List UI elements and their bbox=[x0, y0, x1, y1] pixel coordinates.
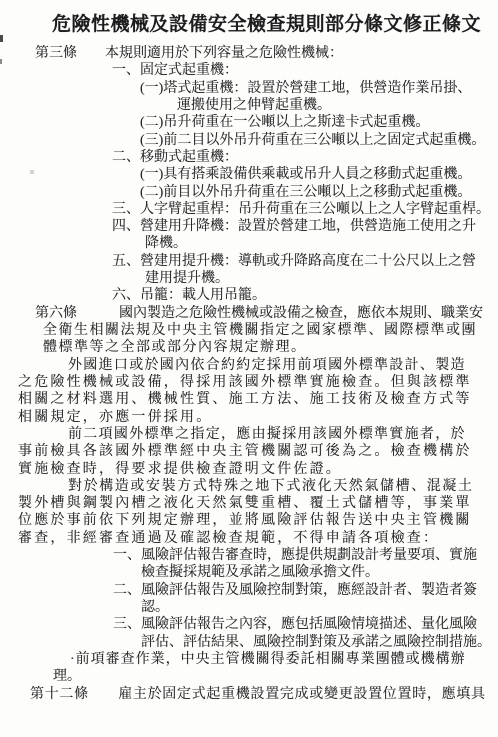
document-body: 第三條 本規則適用於下列容量之危險性機械：一、固定式起重機：(一)塔式起重機：設… bbox=[0, 45, 498, 703]
document-title: 危險性機械及設備安全檢查規則部分條文修正條文 bbox=[52, 11, 498, 39]
text-line: 製外槽與鋼製內槽之液化天然氣雙重槽、覆土式儲槽等，事業單 bbox=[0, 495, 498, 512]
text-line: 全衛生相關法規及中央主管機關指定之國家標準、國際標準或團 bbox=[0, 322, 498, 339]
text-line: (二)前目以外吊升荷重在三公噸以上之移動式起重機。 bbox=[0, 184, 498, 201]
scan-artifact bbox=[0, 59, 2, 64]
text-line: 六、吊籠：載人用吊籠。 bbox=[0, 287, 498, 304]
text-line: (一)塔式起重機：設置於營建工地，供營造作業吊掛、 bbox=[0, 80, 498, 97]
text-line: 位應於事前依下列規定辦理，並將風險評估報告送中央主管機關 bbox=[0, 512, 498, 529]
text-line: 評估、評估結果、風險控制對策及承諾之風險控制措施。 bbox=[0, 634, 498, 651]
scan-artifact bbox=[30, 170, 34, 174]
document-page: 危險性機械及設備安全檢查規則部分條文修正條文 第三條 本規則適用於下列容量之危險… bbox=[0, 0, 498, 737]
text-line: 第十二條 雇主於固定式起重機設置完成或變更設置位置時，應填具 bbox=[0, 686, 498, 703]
text-line: 相關之材料選用、機械性質、施工方法、施工技術及檢查方式等 bbox=[0, 391, 498, 408]
text-line: 審查，非經審查通過及確認檢查規範，不得申請各項檢查： bbox=[0, 530, 498, 547]
text-line: (三)前二目以外吊升荷重在三公噸以上之固定式起重機。 bbox=[0, 132, 498, 149]
text-line: 理。 bbox=[0, 668, 498, 685]
text-line: 四、營建用升降機：設置於營建工地，供營造施工使用之升 bbox=[0, 218, 498, 235]
text-line: 五、營建用提升機：導軌或升降路高度在二十公尺以上之營 bbox=[0, 253, 498, 270]
text-line: 運搬使用之伸臂起重機。 bbox=[0, 97, 498, 114]
text-line: 外國進口或於國內依合約約定採用前項國外標準設計、製造 bbox=[0, 357, 498, 374]
text-line: ·前項審查作業，中央主管機關得委託相關專業團體或機構辦 bbox=[0, 651, 498, 668]
text-line: 事前檢具各該國外標準經中央主管機關認可後為之。檢查機構於 bbox=[0, 443, 498, 460]
text-line: 實施檢查時，得要求提供檢查證明文件佐證。 bbox=[0, 461, 498, 478]
text-line: 之危險性機械或設備，得採用該國外標準實施檢查。但與該標準 bbox=[0, 374, 498, 391]
text-line: 第三條 本規則適用於下列容量之危險性機械： bbox=[0, 45, 498, 62]
text-line: 對於構造或安裝方式特殊之地下式液化天然氣儲槽、混凝土 bbox=[0, 478, 498, 495]
text-line: 一、風險評估報告審查時，應提供規劃設計考量要項、實施 bbox=[0, 547, 498, 564]
text-line: 三、人字臂起重桿：吊升荷重在三公噸以上之人字臂起重桿。 bbox=[0, 201, 498, 218]
text-line: 二、風險評估報告及風險控制對策，應經設計者、製造者簽 bbox=[0, 582, 498, 599]
text-line: 檢查擬採規範及承諾之風險承擔文件。 bbox=[0, 564, 498, 581]
text-line: 相關規定，亦應一併採用。 bbox=[0, 409, 498, 426]
text-line: 第六條 國內製造之危險性機械或設備之檢查，應依本規則、職業安 bbox=[0, 305, 498, 322]
text-line: (一)具有搭乘設備供乘載或吊升人員之移動式起重機。 bbox=[0, 166, 498, 183]
scan-artifact bbox=[0, 35, 3, 42]
text-line: 前二項國外標準之指定，應由擬採用該國外標準實施者，於 bbox=[0, 426, 498, 443]
text-line: 認。 bbox=[0, 599, 498, 616]
text-line: 二、移動式起重機： bbox=[0, 149, 498, 166]
text-line: 一、固定式起重機： bbox=[0, 62, 498, 79]
text-line: (二)吊升荷重在一公噸以上之斯達卡式起重機。 bbox=[0, 114, 498, 131]
text-line: 建用提升機。 bbox=[0, 270, 498, 287]
text-line: 三、風險評估報告之內容，應包括風險情境描述、量化風險 bbox=[0, 616, 498, 633]
text-line: 體標準等之全部或部分內容規定辦理。 bbox=[0, 339, 498, 356]
text-line: 降機。 bbox=[0, 235, 498, 252]
